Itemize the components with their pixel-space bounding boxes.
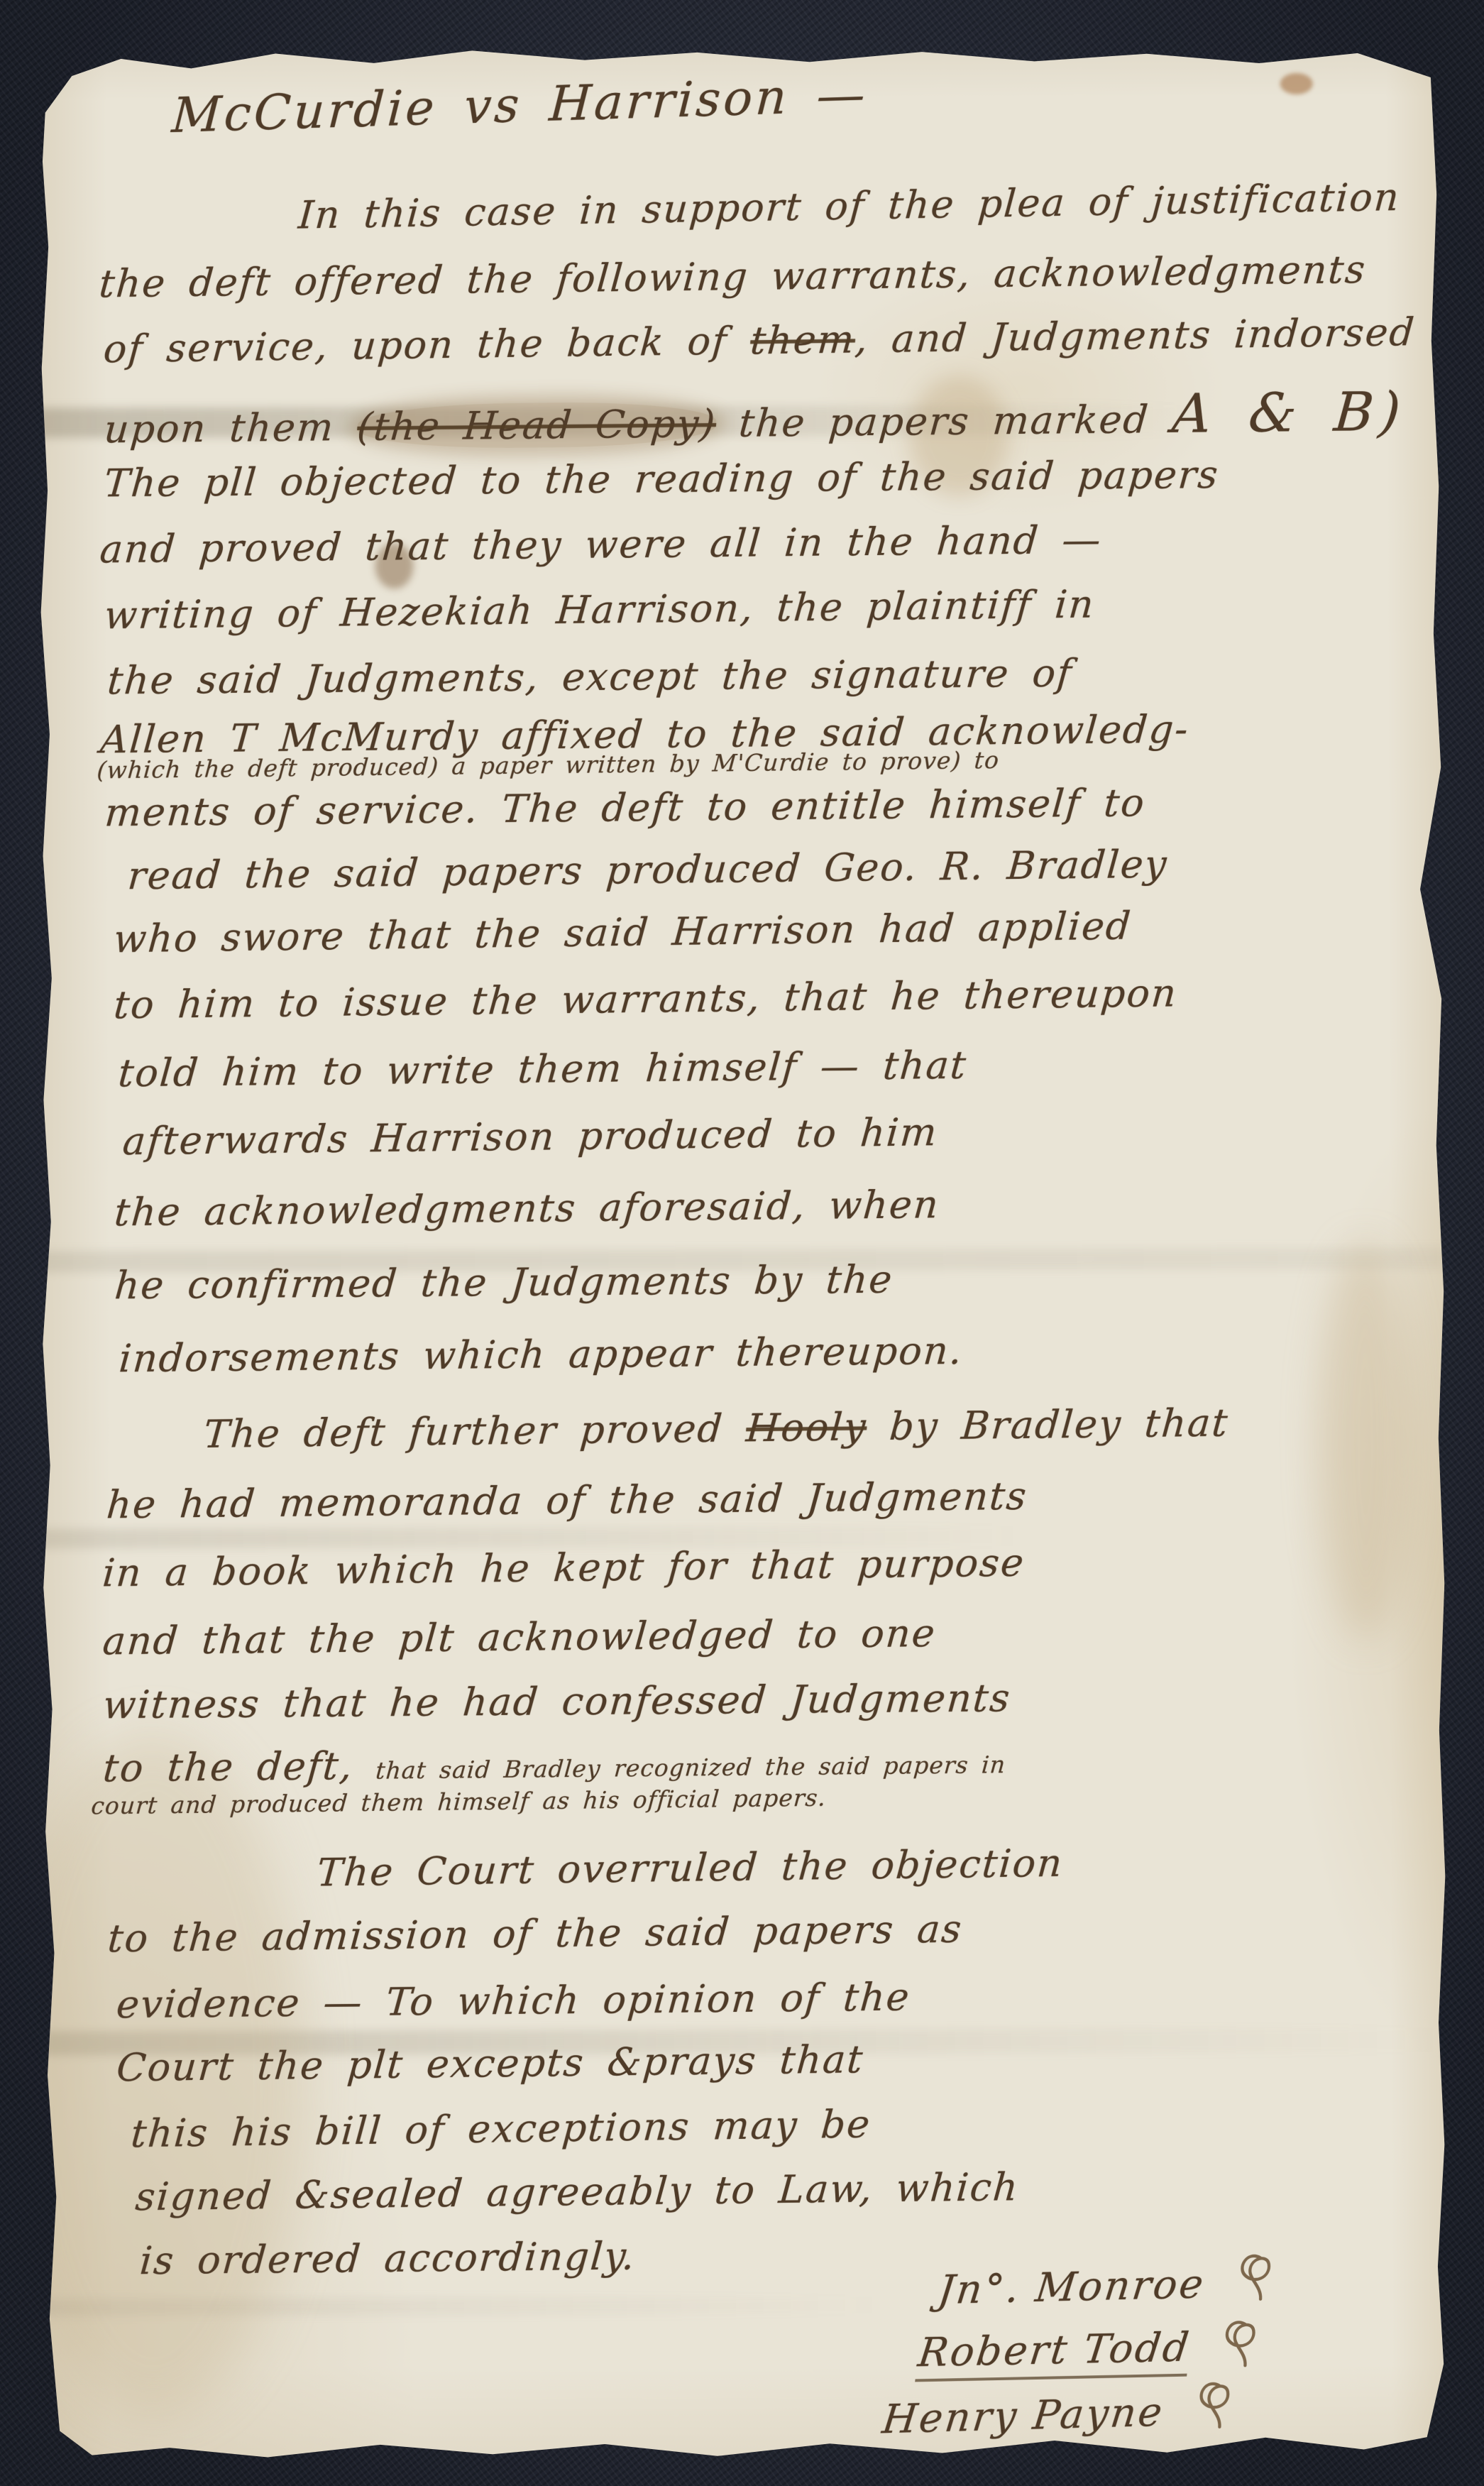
text-segment: The Court overruled the objection xyxy=(315,1840,1065,1895)
manuscript-line: in a book which he kept for that purpose xyxy=(101,1540,1026,1596)
signature-line: Henry Payne xyxy=(879,2377,1238,2451)
manuscript-line: this his bill of exceptions may be xyxy=(129,2102,872,2157)
signature-line: Jn°. Monroe xyxy=(935,2250,1278,2321)
text-segment: told him to write them himself — that xyxy=(116,1043,969,1096)
manuscript-line: signed &sealed agreeably to Law, which xyxy=(133,2164,1021,2219)
text-segment: ments of service. The deft to entitle hi… xyxy=(104,780,1148,835)
text-segment: he confirmed the Judgments by the xyxy=(113,1257,895,1308)
manuscript-line: told him to write them himself — that xyxy=(116,1043,969,1096)
manuscript-line: and that the plt acknowledged to one xyxy=(101,1611,938,1663)
struck-text-segment: them xyxy=(749,317,857,363)
text-segment: the papers marked xyxy=(715,397,1174,446)
text-segment: evidence — To which opinion of the xyxy=(115,1975,912,2027)
text-segment: afterwards Harrison produced to him xyxy=(121,1110,940,1164)
manuscript-line: evidence — To which opinion of the xyxy=(115,1975,912,2027)
manuscript-line: ments of service. The deft to entitle hi… xyxy=(104,780,1148,835)
text-segment: who swore that the said Harrison had app… xyxy=(112,904,1133,962)
manuscript-line: The pll objected to the reading of the s… xyxy=(102,452,1221,505)
signature-name: Henry Payne xyxy=(880,2389,1167,2443)
seal-icon xyxy=(1179,2375,1243,2446)
manuscript-line: and proved that they were all in the han… xyxy=(99,518,1104,572)
manuscript-line: afterwards Harrison produced to him xyxy=(121,1110,940,1164)
seal-icon xyxy=(1204,2313,1268,2385)
paper-stain xyxy=(1319,1243,1412,1641)
manuscript-line: he confirmed the Judgments by the xyxy=(113,1257,895,1308)
signature-name: Robert Todd xyxy=(915,2324,1193,2382)
text-segment: to him to issue the warrants, that he th… xyxy=(112,970,1179,1027)
manuscript-line: upon them (the Head Copy) the papers mar… xyxy=(102,380,1408,456)
manuscript-line: In this case in support of the plea of j… xyxy=(297,174,1402,237)
manuscript-line: the deft offered the following warrants,… xyxy=(98,247,1368,306)
manuscript-line: writing of Hezekiah Harrison, the plaint… xyxy=(103,581,1096,637)
struck-text-segment: Hooly xyxy=(744,1404,869,1450)
manuscript-line: he had memoranda of the said Judgments xyxy=(105,1474,1029,1528)
text-segment: The pll objected to the reading of the s… xyxy=(102,452,1221,505)
text-segment: this his bill of exceptions may be xyxy=(129,2102,872,2157)
text-segment: , and Judgments indorsed xyxy=(854,310,1417,361)
manuscript-line: Court the plt excepts &prays that xyxy=(115,2037,865,2091)
text-segment: The deft further proved xyxy=(202,1406,747,1457)
text-segment: the deft offered the following warrants,… xyxy=(98,247,1368,306)
paper-stain xyxy=(1280,73,1313,94)
text-segment: is ordered accordingly. xyxy=(138,2233,637,2283)
manuscript-line: witness that he had confessed Judgments xyxy=(101,1675,1013,1727)
document-title: McCurdie vs Harrison — xyxy=(170,67,869,144)
text-segment: read the said papers produced Geo. R. Br… xyxy=(126,842,1169,899)
text-segment: and that the plt acknowledged to one xyxy=(101,1611,938,1663)
manuscript-line: the said Judgments, except the signature… xyxy=(106,651,1074,703)
text-segment: to the admission of the said papers as xyxy=(106,1907,964,1961)
text-segment: that said Bradley recognized the said pa… xyxy=(375,1751,1007,1785)
text-segment: by Bradley that xyxy=(865,1400,1231,1449)
document-paper: McCurdie vs Harrison —In this case in su… xyxy=(37,23,1449,2465)
text-segment: he had memoranda of the said Judgments xyxy=(105,1474,1029,1528)
manuscript-line: who swore that the said Harrison had app… xyxy=(112,904,1133,962)
text-segment: upon them xyxy=(103,405,359,451)
text-segment: and proved that they were all in the han… xyxy=(99,518,1104,572)
manuscript-line: to the admission of the said papers as xyxy=(106,1907,964,1961)
struck-text-segment: (the Head Copy) xyxy=(356,401,718,449)
text-segment: writing of Hezekiah Harrison, the plaint… xyxy=(103,581,1096,637)
seal-icon xyxy=(1220,2247,1284,2318)
manuscript-line: to him to issue the warrants, that he th… xyxy=(112,970,1179,1027)
manuscript-line: to the deft, that said Bradley recognize… xyxy=(101,1737,1008,1790)
text-segment: McCurdie vs Harrison — xyxy=(170,67,869,144)
manuscript-line: The deft further proved Hooly by Bradley… xyxy=(202,1400,1230,1456)
text-segment: In this case in support of the plea of j… xyxy=(297,174,1402,237)
text-segment: Court the plt excepts &prays that xyxy=(115,2037,865,2091)
text-segment: witness that he had confessed Judgments xyxy=(101,1675,1013,1727)
text-segment: signed &sealed agreeably to Law, which xyxy=(133,2164,1021,2219)
text-segment: A & B) xyxy=(1170,380,1409,445)
text-segment: in a book which he kept for that purpose xyxy=(101,1540,1026,1596)
manuscript-line: The Court overruled the objection xyxy=(315,1840,1065,1895)
manuscript-line: the acknowledgments aforesaid, when xyxy=(113,1182,941,1234)
text-segment: the said Judgments, except the signature… xyxy=(106,651,1074,703)
manuscript-line: read the said papers produced Geo. R. Br… xyxy=(126,842,1169,899)
manuscript-line: indorsements which appear thereupon. xyxy=(117,1328,964,1381)
signature-name: Jn°. Monroe xyxy=(936,2260,1208,2313)
text-segment: indorsements which appear thereupon. xyxy=(117,1328,964,1381)
text-segment: the acknowledgments aforesaid, when xyxy=(113,1182,941,1234)
manuscript-line: is ordered accordingly. xyxy=(138,2233,637,2283)
text-segment: to the deft, xyxy=(101,1743,378,1791)
manuscript-line: of service, upon the back of them, and J… xyxy=(102,310,1417,371)
text-segment: of service, upon the back of xyxy=(102,319,752,372)
